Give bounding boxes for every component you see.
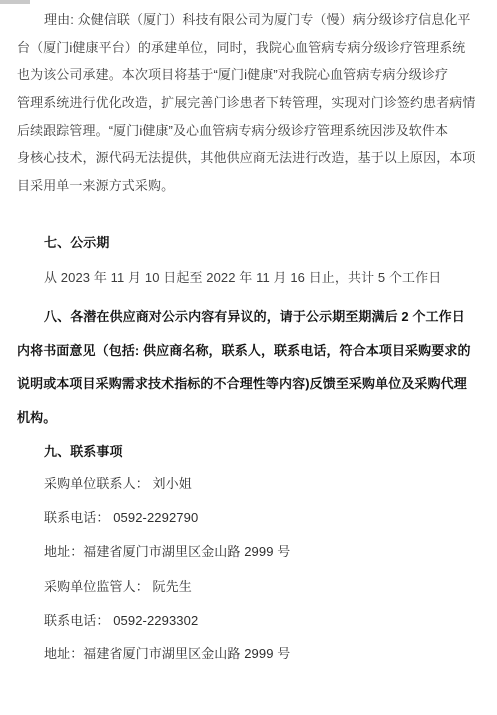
section9-heading: 九、联系事项 xyxy=(17,443,123,460)
reason-line: 理由: 众健信联（厦门）科技有限公司为厦门专（慢）病分级诊疗信息化平 xyxy=(17,11,471,28)
reason-line: 身核心技术，源代码无法提供，其他供应商无法进行改造，基于以上原因，本项 xyxy=(17,149,476,166)
section7-heading: 七、公示期 xyxy=(17,234,110,251)
reason-line: 目采用单一来源方式采购。 xyxy=(17,177,174,194)
section7-body: 从 2023 年 11 月 10 日起至 2022 年 11 月 16 日止，共… xyxy=(17,269,441,286)
section8-line: 机构。 xyxy=(17,409,56,426)
scrollbar-fragment xyxy=(0,0,30,4)
reason-line: 后续跟踪管理。“厦门i健康”及心血管病专病分级诊疗管理系统因涉及软件本 xyxy=(17,122,448,139)
contact-phone-line: 联系电话： 0592-2292790 xyxy=(17,509,198,526)
supervisor-address-line: 地址：福建省厦门市湖里区金山路 2999 号 xyxy=(17,645,290,662)
reason-line: 管理系统进行优化改造，扩展完善门诊患者下转管理，实现对门诊签约患者病情 xyxy=(17,94,476,111)
section8-line: 八、各潜在供应商对公示内容有异议的，请于公示期至期满后 2 个工作日 xyxy=(17,308,465,325)
section8-line: 内将书面意见（包括: 供应商名称，联系人，联系电话，符合本项目采购要求的 xyxy=(17,342,471,359)
supervisor-person-line: 采购单位监管人： 阮先生 xyxy=(17,578,192,595)
supervisor-phone-line: 联系电话： 0592-2293302 xyxy=(17,612,198,629)
document-page: 理由: 众健信联（厦门）科技有限公司为厦门专（慢）病分级诊疗信息化平 台（厦门i… xyxy=(0,0,497,715)
section8-line: 说明或本项目采购需求技术指标的不合理性等内容)反馈至采购单位及采购代理 xyxy=(17,375,467,392)
reason-line: 也为该公司承建。本次项目将基于“厦门i健康”对我院心血管病专病分级诊疗 xyxy=(17,66,448,83)
contact-person-line: 采购单位联系人： 刘小姐 xyxy=(17,475,192,492)
contact-address-line: 地址：福建省厦门市湖里区金山路 2999 号 xyxy=(17,543,290,560)
reason-line: 台（厦门i健康平台）的承建单位，同时，我院心血管病专病分级诊疗管理系统 xyxy=(17,39,465,56)
